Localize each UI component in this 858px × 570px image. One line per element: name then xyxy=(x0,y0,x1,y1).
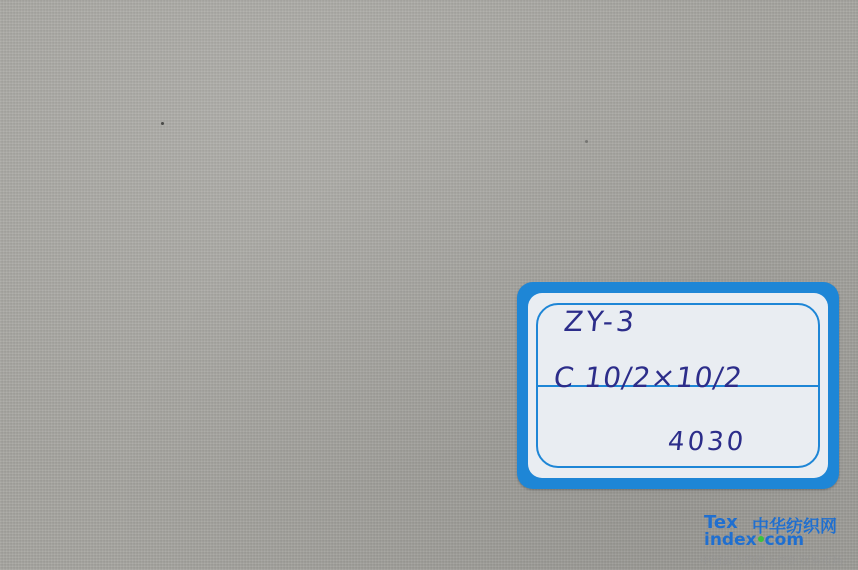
label-yarn-spec: C 10/2×10/2 xyxy=(552,361,745,394)
watermark-domain: indexcom xyxy=(704,530,804,550)
watermark-tagline: 中国最大的网上纺织贸易市场 xyxy=(700,552,843,568)
watermark-index: index xyxy=(704,530,757,550)
label-white-area: ZY-3 C 10/2×10/2 4030 xyxy=(528,293,828,478)
label-style-code: ZY-3 xyxy=(562,305,638,338)
fabric-speck xyxy=(585,140,588,143)
texindex-watermark: Tex 中华纺织网 indexcom 中国最大的网上纺织贸易市场 xyxy=(700,512,858,570)
label-density: 4030 xyxy=(666,427,747,457)
green-dot-icon xyxy=(758,536,764,542)
watermark-com: com xyxy=(765,530,804,550)
fabric-tag-label: ZY-3 C 10/2×10/2 4030 xyxy=(517,282,839,489)
fabric-speck xyxy=(161,122,164,125)
